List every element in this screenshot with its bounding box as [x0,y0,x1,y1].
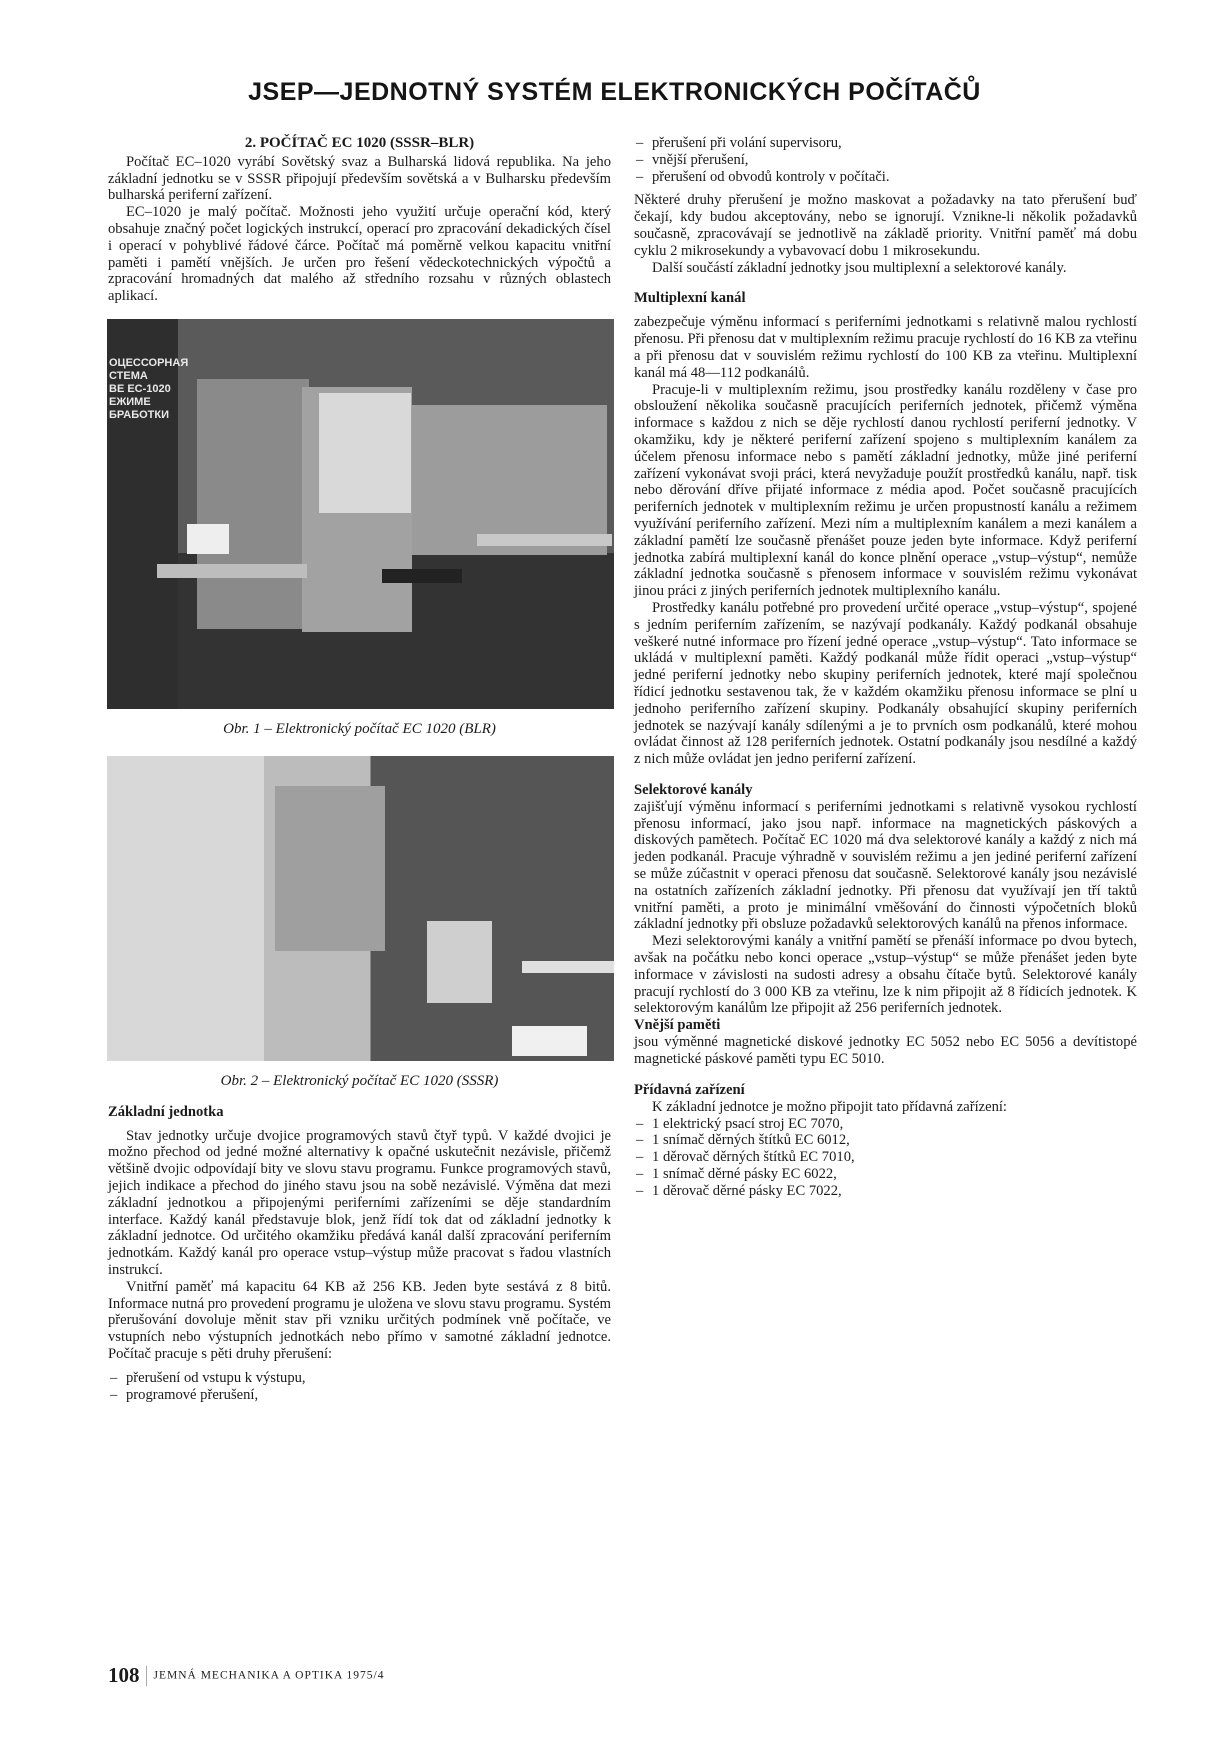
sign-line: ЕЖИМЕ [109,396,188,409]
heading-multiplexni-kanal: Multiplexní kanál [634,290,1137,307]
peripheral-cabinet [427,921,492,1003]
heading-pridavna-zarizeni: Přídavná zařízení [634,1082,1137,1099]
page-number: 108 [108,1663,140,1687]
interrupt-list-left: přerušení od vstupu k výstupu, programov… [108,1370,611,1404]
control-panel [275,786,385,951]
figure-1-caption: Obr. 1 – Elektronický počítač EC 1020 (B… [108,721,611,738]
interrupt-list-right: přerušení při volání supervisoru, vnější… [634,135,1137,185]
left-column: 2. POČÍTAČ EC 1020 (SSSR–BLR) Počítač EC… [108,135,611,1403]
heading-vnejsi-pameti: Vnější paměti [634,1017,1137,1034]
list-item: přerušení od vstupu k výstupu, [108,1370,611,1387]
paragraph: Mezi selektorovými kanály a vnitřní pamě… [634,933,1137,1017]
sign-line: БРАБОТКИ [109,409,188,422]
journal-name: JEMNÁ MECHANIKA A OPTIKA 1975/4 [154,1670,385,1682]
desk-right [477,534,612,546]
sign-line: СТЕМА [109,370,188,383]
paragraph: Stav jednotky určuje dvojice programovýc… [108,1128,611,1279]
figure-2-photo [107,756,614,1061]
paragraph: zajišťují výměnu informací s periferními… [634,799,1137,933]
control-panel [319,393,411,513]
list-item: 1 snímač děrné pásky EC 6022, [634,1166,1137,1183]
list-item: 1 snímač děrných štítků EC 6012, [634,1132,1137,1149]
list-item: programové přerušení, [108,1387,611,1404]
heading-selektorove-kanaly: Selektorové kanály [634,782,1137,799]
list-item: 1 děrovač děrných štítků EC 7010, [634,1149,1137,1166]
page-title: JSEP—JEDNOTNÝ SYSTÉM ELEKTRONICKÝCH POČÍ… [0,78,1229,107]
figure-2-caption: Obr. 2 – Elektronický počítač EC 1020 (S… [108,1073,611,1090]
photo-sign-text: ОЦЕССОРНАЯ СТЕМА ВЕ ЕС-1020 ЕЖИМЕ БРАБОТ… [109,357,188,422]
footer-divider [146,1666,147,1686]
list-item: přerušení od obvodů kontroly v počítači. [634,169,1137,186]
section-title: 2. POČÍTAČ EC 1020 (SSSR–BLR) [108,135,611,152]
paragraph: Prostředky kanálu potřebné pro provedení… [634,600,1137,768]
desk [522,961,614,973]
info-card [512,1026,587,1056]
device-list: 1 elektrický psací stroj EC 7070, 1 sním… [634,1116,1137,1200]
desk-left [157,564,307,578]
list-item: 1 děrovač děrné pásky EC 7022, [634,1183,1137,1200]
right-column: přerušení při volání supervisoru, vnější… [634,135,1137,1200]
list-item: vnější přerušení, [634,152,1137,169]
cabinet-right [412,405,607,555]
intro-paragraph-1: Počítač EC–1020 vyrábí Sovětský svaz a B… [108,154,611,204]
sign-line: ВЕ ЕС-1020 [109,383,188,396]
paragraph: zabezpečuje výměnu informací s periferní… [634,314,1137,381]
intro-paragraph-2: EC–1020 je malý počítač. Možnosti jeho v… [108,204,611,305]
figure-1-photo: ОЦЕССОРНАЯ СТЕМА ВЕ ЕС-1020 ЕЖИМЕ БРАБОТ… [107,319,614,709]
heading-zakladni-jednotka: Základní jednotka [108,1104,611,1121]
list-item: přerušení při volání supervisoru, [634,135,1137,152]
paragraph: Pracuje-li v multiplexním režimu, jsou p… [634,382,1137,600]
sign-line: ОЦЕССОРНАЯ [109,357,188,370]
typewriter-label [187,524,229,554]
paragraph: Vnitřní paměť má kapacitu 64 KB až 256 K… [108,1279,611,1363]
cabinet-left [197,379,309,629]
list-item: 1 elektrický psací stroj EC 7070, [634,1116,1137,1133]
paragraph: Některé druhy přerušení je možno maskova… [634,192,1137,259]
paragraph: jsou výměnné magnetické diskové jednotky… [634,1034,1137,1068]
paragraph: K základní jednotce je možno připojit ta… [634,1099,1137,1116]
page-footer: 108JEMNÁ MECHANIKA A OPTIKA 1975/4 [108,1663,385,1688]
paragraph: Další součástí základní jednotky jsou mu… [634,260,1137,277]
chair [382,569,462,583]
